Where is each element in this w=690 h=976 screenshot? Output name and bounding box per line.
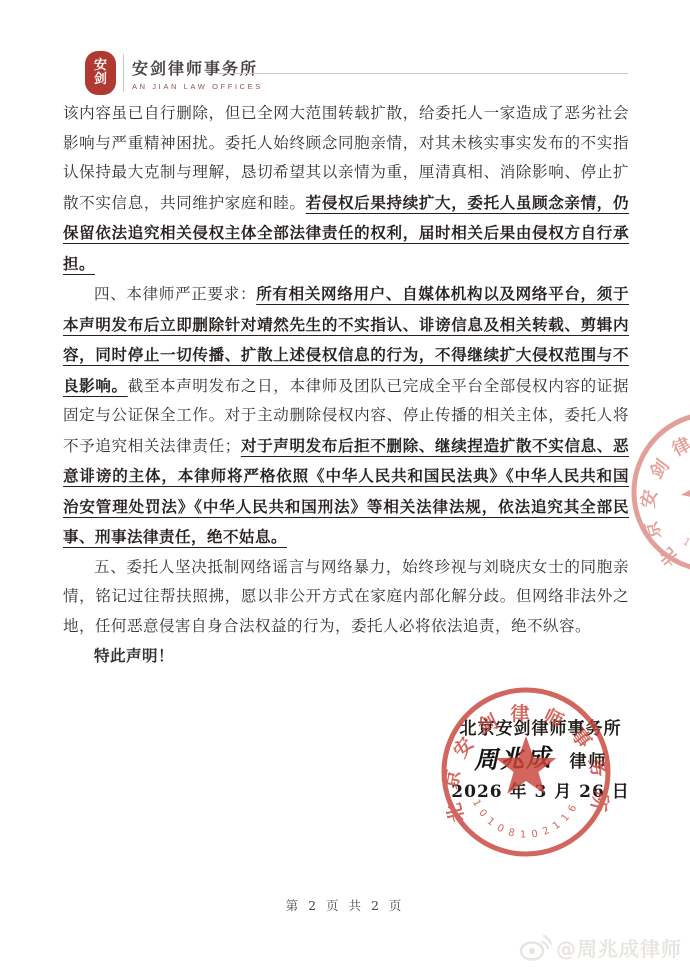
- p4-lead-text: 四、本律师严正要求：: [94, 285, 256, 303]
- closing-statement: 特此声明！: [63, 641, 629, 671]
- signature-block: 北京安剑律师事务所 周兆成 律师 2026 年 3 月 26 日: [448, 716, 633, 805]
- logo-char-top: 安: [94, 59, 107, 73]
- paragraph-five: 五、委托人坚决抵制网络谣言与网络暴力，始终珍视与刘晓庆女士的同胞亲情，铭记过往帮…: [63, 553, 629, 642]
- firm-name-english: AN JIAN LAW OFFICES: [132, 82, 263, 91]
- weibo-watermark: @周兆成律师: [518, 932, 682, 962]
- weibo-eye-icon: [518, 932, 552, 962]
- weibo-handle: @周兆成律师: [556, 933, 682, 962]
- paragraph-continuation: 该内容虽已自行删除，但已全网大范围转载扩散，给委托人一家造成了恶劣社会影响与严重…: [63, 99, 629, 279]
- header-rule-line: [215, 73, 628, 74]
- logo-char-bottom: 剑: [94, 73, 107, 87]
- signature-firm-name: 北京安剑律师事务所: [448, 716, 633, 742]
- header-divider: [123, 54, 124, 92]
- signature-line: 周兆成 律师: [448, 742, 633, 779]
- statement-body: 该内容虽已自行删除，但已全网大范围转载扩散，给委托人一家造成了恶劣社会影响与严重…: [63, 99, 629, 671]
- firm-name-chinese: 安剑律师事务所: [132, 56, 263, 79]
- lawyer-title: 律师: [570, 745, 608, 779]
- signature-date: 2026 年 3 月 26 日: [448, 779, 633, 805]
- firm-logo-seal-icon: 安 剑: [85, 51, 116, 95]
- paragraph-four: 四、本律师严正要求：所有相关网络用户、自媒体机构以及网络平台，须于本声明发布后立…: [63, 279, 629, 553]
- lawyer-signature: 周兆成: [473, 741, 552, 778]
- page-number: 第 2 页 共 2 页: [0, 896, 690, 914]
- document-page: 安 剑 安剑律师事务所 AN JIAN LAW OFFICES 该内容虽已自行删…: [0, 0, 690, 976]
- edge-seal-star-icon: [671, 449, 690, 525]
